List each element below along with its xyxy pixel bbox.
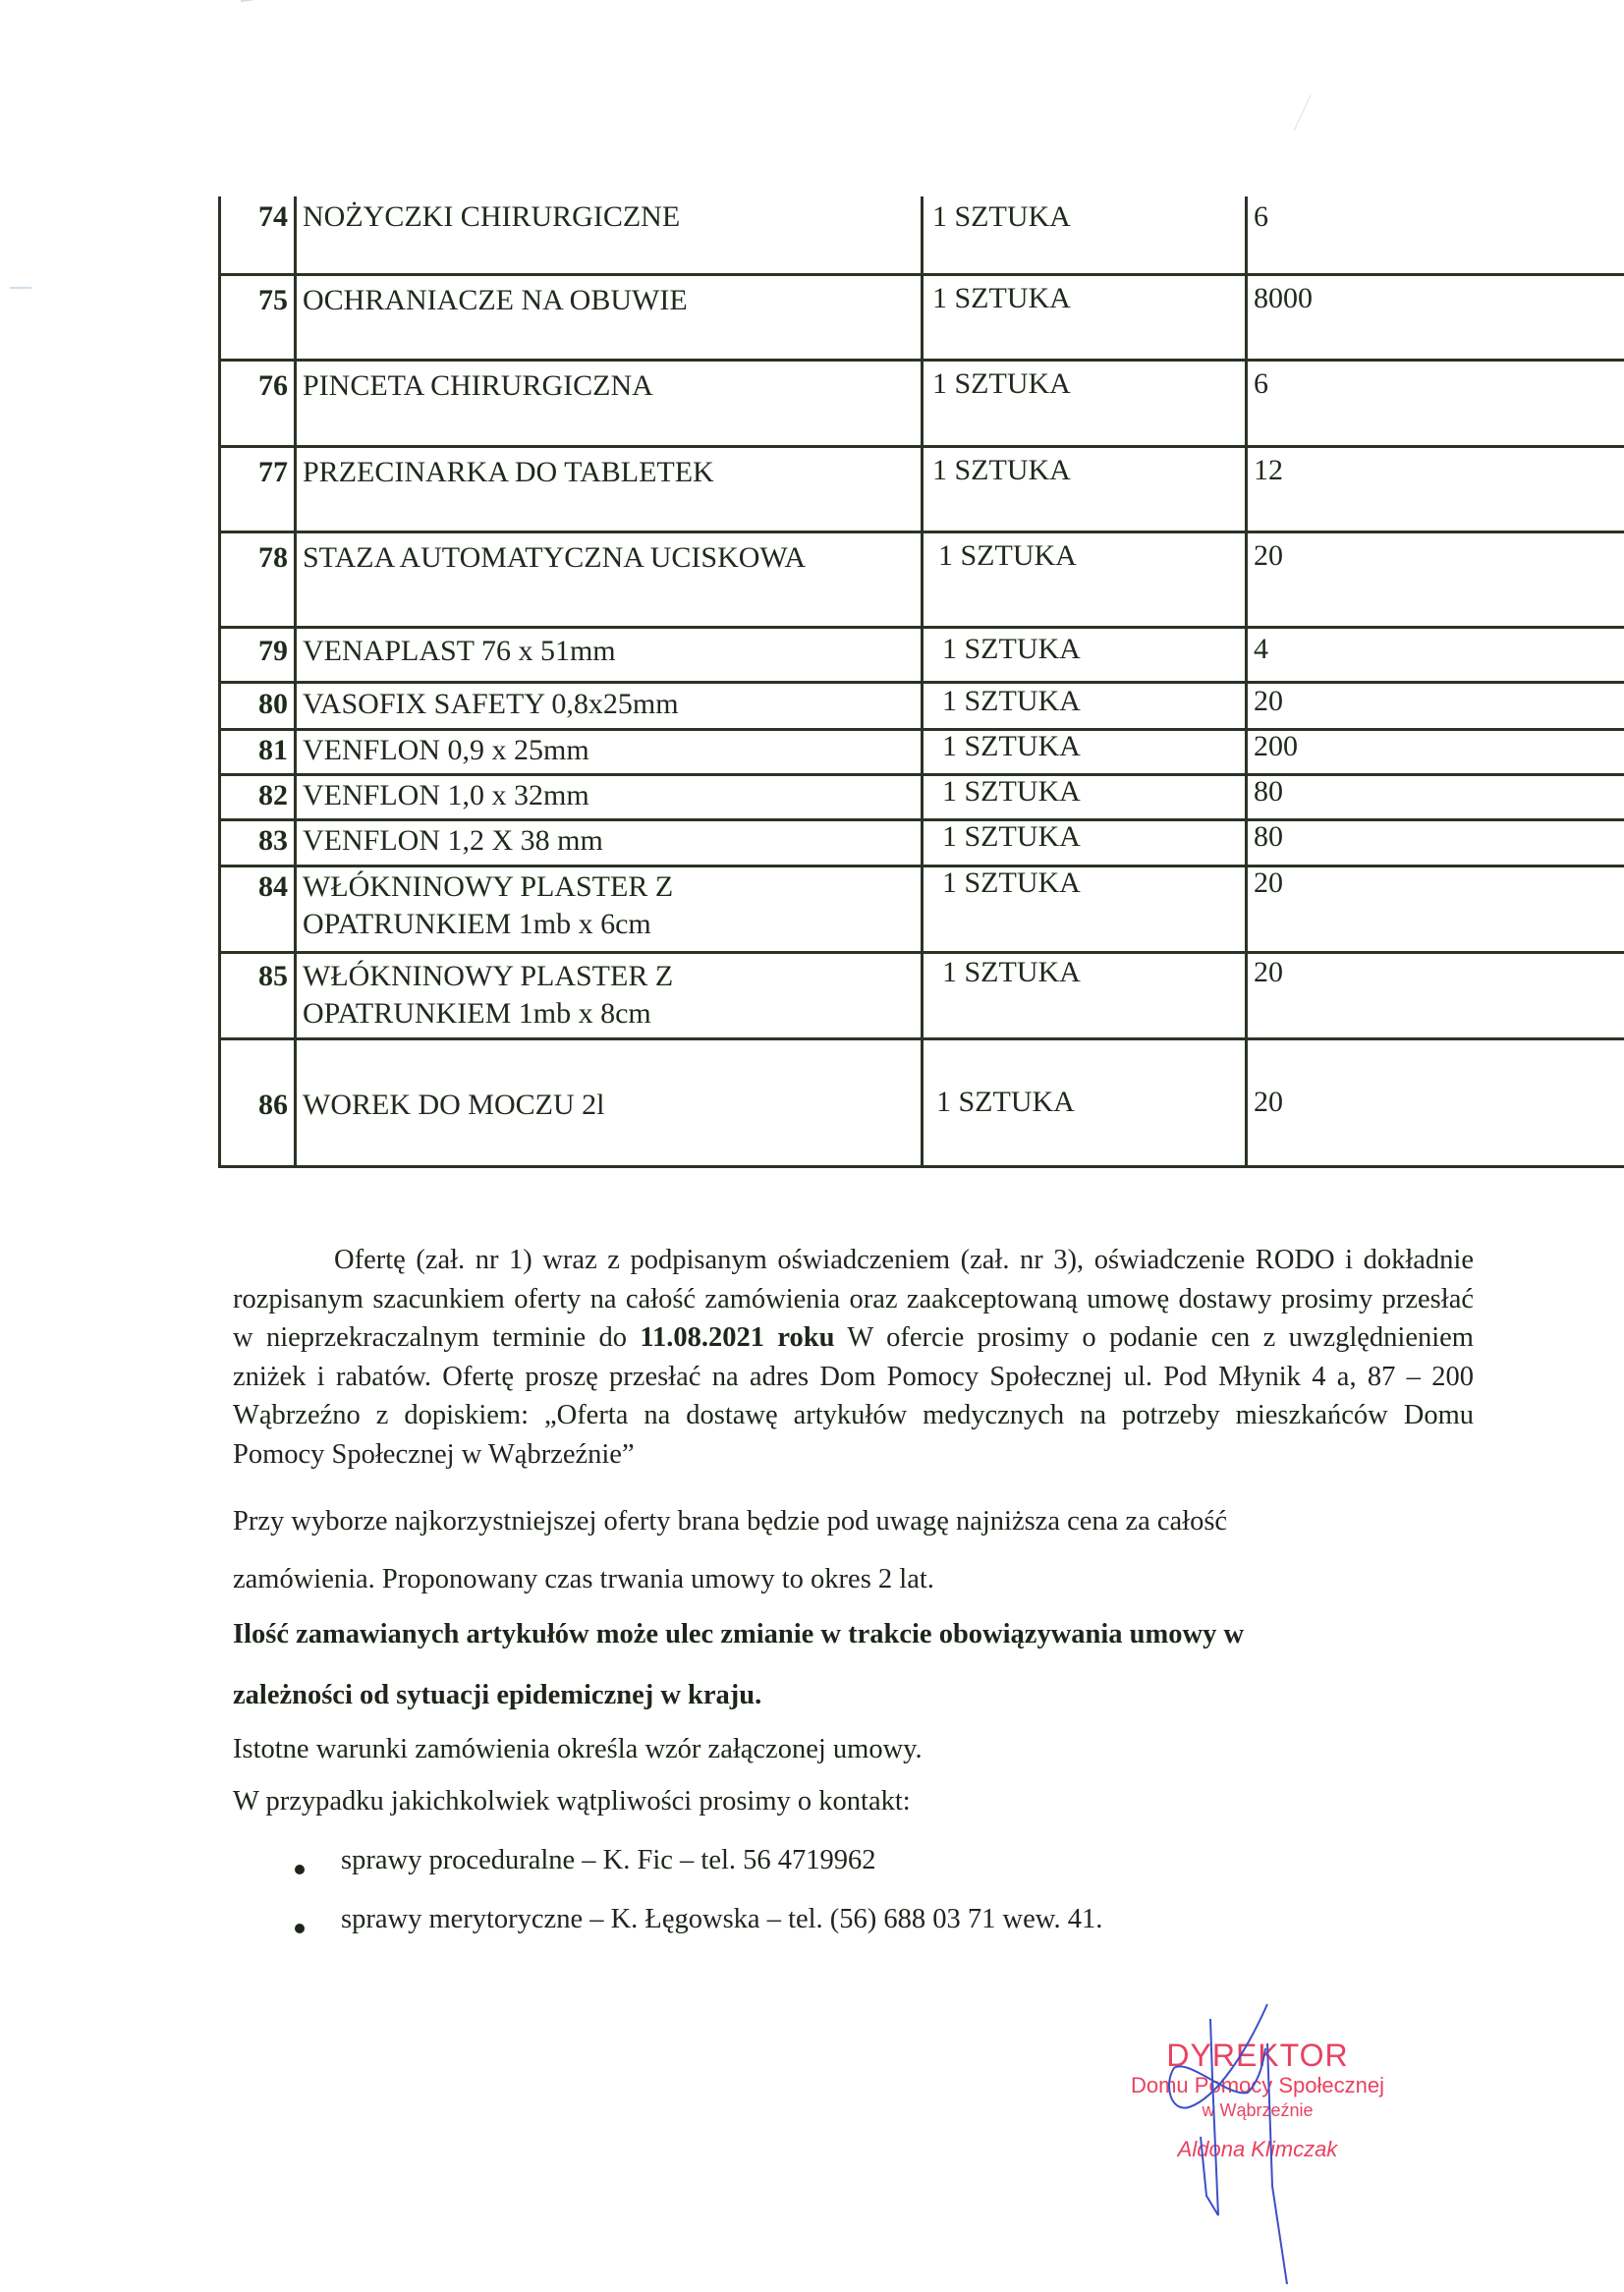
- contact-intro: W przypadku jakichkolwiek wątpliwości pr…: [233, 1786, 911, 1817]
- item-unit: 1 SZTUKA: [921, 684, 1245, 728]
- item-unit: 1 SZTUKA: [921, 776, 1245, 818]
- table-row: 77 PRZECINARKA DO TABLETEK 1 SZTUKA 12: [218, 445, 1624, 531]
- table-row: 86 WOREK DO MOCZU 2l 1 SZTUKA 20: [218, 1037, 1624, 1167]
- item-quantity: 8000: [1245, 276, 1624, 359]
- item-unit: 1 SZTUKA: [921, 448, 1245, 531]
- scan-artifact: [1294, 95, 1312, 132]
- contact-procedural: sprawy proceduralne – K. Fic – tel. 56 4…: [341, 1845, 876, 1876]
- item-number: 82: [218, 776, 297, 818]
- item-unit: 1 SZTUKA: [921, 731, 1245, 773]
- item-number: 75: [218, 276, 297, 359]
- item-number: 79: [218, 629, 297, 681]
- table-bottom-border: [218, 1165, 1624, 1168]
- item-unit: 1 SZTUKA: [921, 533, 1245, 626]
- item-quantity: 20: [1245, 533, 1624, 626]
- bullet-icon: [295, 1924, 305, 1933]
- item-number: 84: [218, 867, 297, 951]
- table-row: 74 NOŻYCZKI CHIRURGICZNE 1 SZTUKA 6: [218, 196, 1624, 273]
- item-quantity: 4: [1245, 629, 1624, 681]
- item-unit: 1 SZTUKA: [921, 629, 1245, 681]
- item-unit: 1 SZTUKA: [921, 867, 1245, 951]
- table-row: 83 VENFLON 1,2 X 38 mm 1 SZTUKA 80: [218, 818, 1624, 865]
- table-row: 85 WŁÓKNINOWY PLASTER Z OPATRUNKIEM 1mb …: [218, 951, 1624, 1037]
- item-number: 83: [218, 821, 297, 865]
- item-quantity: 80: [1245, 776, 1624, 818]
- table-row: 84 WŁÓKNINOWY PLASTER Z OPATRUNKIEM 1mb …: [218, 865, 1624, 951]
- scan-artifact: [241, 0, 367, 2]
- item-unit: 1 SZTUKA: [921, 954, 1245, 1037]
- item-unit: 1 SZTUKA: [921, 1040, 1245, 1167]
- item-number: 81: [218, 731, 297, 773]
- item-unit: 1 SZTUKA: [921, 276, 1245, 359]
- item-quantity: 6: [1245, 196, 1624, 273]
- table-row: 78 STAZA AUTOMATYCZNA UCISKOWA 1 SZTUKA …: [218, 531, 1624, 626]
- item-quantity: 80: [1245, 821, 1624, 865]
- item-quantity: 20: [1245, 1040, 1624, 1167]
- item-number: 80: [218, 684, 297, 728]
- table-row: 76 PINCETA CHIRURGICZNA 1 SZTUKA 6: [218, 359, 1624, 445]
- item-unit: 1 SZTUKA: [921, 362, 1245, 445]
- item-number: 78: [218, 533, 297, 626]
- item-number: 85: [218, 954, 297, 1037]
- scan-artifact: [10, 287, 31, 289]
- table-row: 75 OCHRANIACZE NA OBUWIE 1 SZTUKA 8000: [218, 273, 1624, 359]
- document-page: 74 NOŻYCZKI CHIRURGICZNE 1 SZTUKA 6 75 O…: [0, 0, 1624, 2292]
- item-quantity: 12: [1245, 448, 1624, 531]
- item-number: 77: [218, 448, 297, 531]
- selection-criteria-line2: zamówienia. Proponowany czas trwania umo…: [233, 1564, 934, 1595]
- table-row: 79 VENAPLAST 76 x 51mm 1 SZTUKA 4: [218, 626, 1624, 681]
- terms-line: Istotne warunki zamówienia określa wzór …: [233, 1734, 923, 1765]
- contact-substantive: sprawy merytoryczne – K. Łęgowska – tel.…: [341, 1904, 1102, 1935]
- offer-instructions-paragraph: Ofertę (zał. nr 1) wraz z podpisanym ośw…: [233, 1241, 1474, 1474]
- item-unit: 1 SZTUKA: [921, 821, 1245, 865]
- selection-criteria-line1: Przy wyborze najkorzystniejszej oferty b…: [233, 1506, 1227, 1537]
- table-row: 81 VENFLON 0,9 x 25mm 1 SZTUKA 200: [218, 728, 1624, 773]
- item-quantity: 20: [1245, 954, 1624, 1037]
- bullet-icon: [295, 1865, 305, 1874]
- table-row: 82 VENFLON 1,0 x 32mm 1 SZTUKA 80: [218, 773, 1624, 818]
- notice-bold-line1: Ilość zamawianych artykułów może ulec zm…: [233, 1619, 1244, 1650]
- item-quantity: 6: [1245, 362, 1624, 445]
- item-quantity: 20: [1245, 684, 1624, 728]
- table-row: 80 VASOFIX SAFETY 0,8x25mm 1 SZTUKA 20: [218, 681, 1624, 728]
- item-quantity: 20: [1245, 867, 1624, 951]
- notice-bold-line2: zależności od sytuacji epidemicznej w kr…: [233, 1680, 761, 1711]
- item-number: 86: [218, 1040, 297, 1167]
- item-number: 74: [218, 196, 297, 273]
- item-number: 76: [218, 362, 297, 445]
- item-quantity: 200: [1245, 731, 1624, 773]
- deadline: 11.08.2021 roku: [640, 1322, 834, 1353]
- item-unit: 1 SZTUKA: [921, 196, 1245, 273]
- signature-icon: [1149, 1989, 1307, 2292]
